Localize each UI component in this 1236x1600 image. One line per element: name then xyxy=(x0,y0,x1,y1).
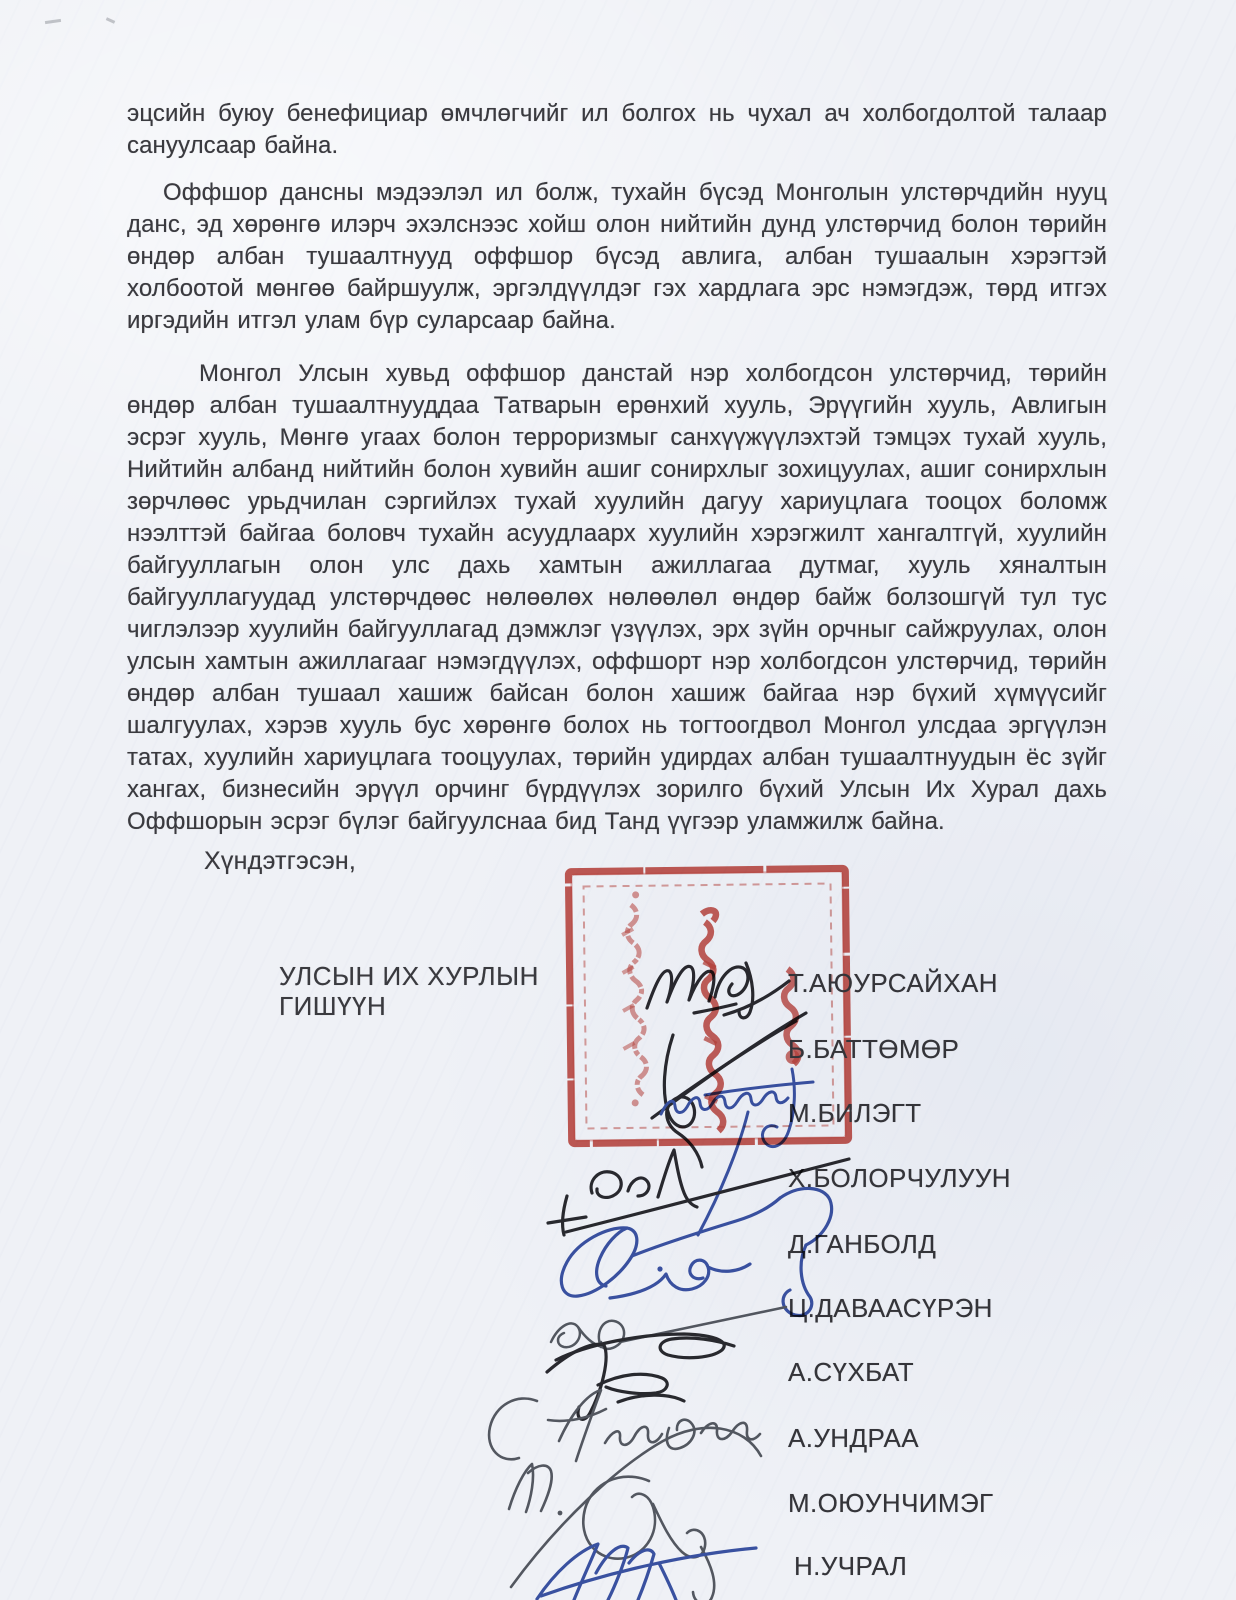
signer-name-9: М.ОЮУНЧИМЭГ xyxy=(788,1490,994,1516)
signer-name-3: М.БИЛЭГТ xyxy=(788,1100,922,1126)
signer-name-10: Н.УЧРАЛ xyxy=(794,1553,907,1579)
scanned-letter-page: эцсийн буюу бенефициар өмчлөгчийг ил бол… xyxy=(0,0,1236,1600)
signer-name-1: Т.АЮУРСАЙХАН xyxy=(788,970,998,996)
signer-name-4: Х.БОЛОРЧУЛУУН xyxy=(788,1165,1011,1191)
signer-name-7: А.СҮХБАТ xyxy=(788,1359,914,1385)
signer-name-2: Б.БАТТӨМӨР xyxy=(788,1036,959,1062)
signers-list: Т.АЮУРСАЙХАН Б.БАТТӨМӨР М.БИЛЭГТ Х.БОЛОР… xyxy=(0,0,1236,1600)
signer-name-8: А.УНДРАА xyxy=(788,1425,919,1451)
signer-name-6: Ц.ДАВААСҮРЭН xyxy=(788,1295,993,1321)
signer-name-5: Д.ГАНБОЛД xyxy=(788,1231,936,1257)
